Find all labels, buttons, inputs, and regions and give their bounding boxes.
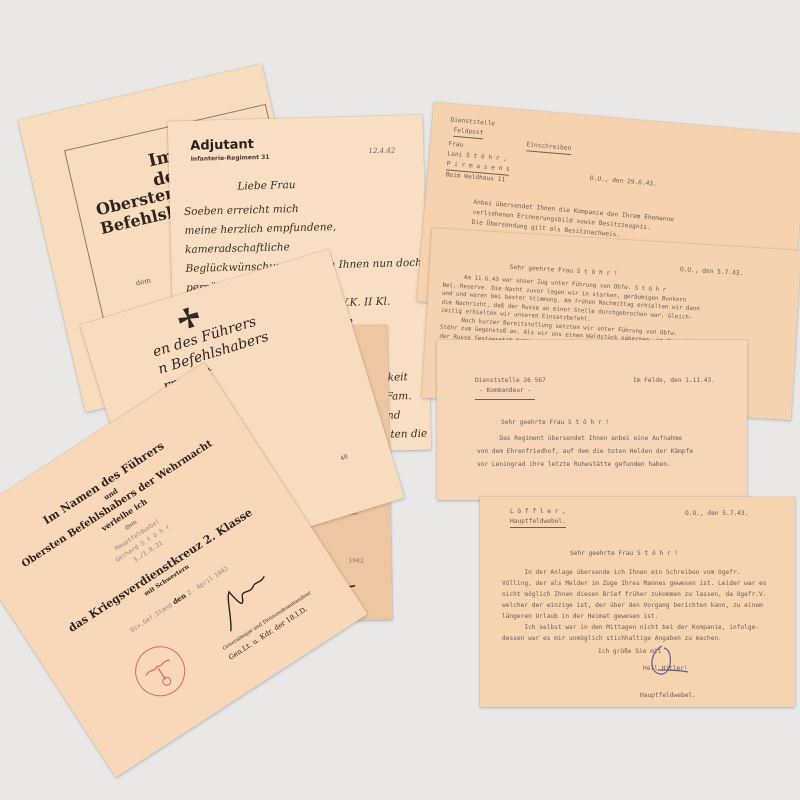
place-date: O.U., den 5.7.43. [680,265,744,279]
text-line: In der Anlage übersende ich Ihnen ein Sc… [502,567,767,578]
text-line: längeren Urlaub in der Heimat gewesen is… [502,611,767,622]
text-line: dessen war es mir unmöglich stichhaltige… [502,633,767,644]
signature [640,642,700,682]
sender-line1: L ö f f l e r , [510,507,566,517]
signature-title: Hauptfeldwebel. [640,691,696,701]
place-date: O.U., den 5.7.43. [685,509,748,519]
text-line: nicht möglich Ihnen diesen Brief früher … [502,589,767,600]
sender-line2: Hauptfeldwebel. [510,517,566,528]
text-line: Völling, der als Melder im Zuge Ihres Ma… [502,578,767,589]
letter-body: In der Anlage übersende ich Ihnen ein Sc… [502,567,767,644]
official-stamp [126,637,195,706]
date-label: den [171,591,188,606]
letterhead-subtitle: Infanterie-Regiment 31 [191,154,270,163]
eagle-stamp-icon [127,638,193,704]
salutation: Sehr geehrte Frau S t ö h r ! [570,549,678,559]
letter-salutation: Liebe Frau [237,176,296,197]
typed-letter-sergeant: L ö f f l e r , Hauptfeldwebel. O.U., de… [480,497,795,707]
letterhead-title: Adjutant [190,137,254,154]
place-date: O.U., den 29.6.43. [589,174,657,190]
text-line: Ich selbst war in den Mittagen nicht bei… [502,622,767,633]
text-line: meine herzlich empfundene, kameradschaft… [184,216,425,260]
date: 2. April [186,575,215,597]
iron-cross-icon [175,304,202,331]
subject-line: Einschreiben [526,140,571,155]
letter-date: 12.4.42 [368,141,395,161]
year: 1942 [213,565,229,579]
sender-line1: Dienststelle 26 567 [475,376,546,386]
text-line: welcher der einzige ist, der über den Vo… [502,600,767,611]
year: 1942 [348,557,363,564]
place: Div.Gef.Stand [129,602,173,634]
text-line: vor Leningrad ihre letzte Ruhestätte gef… [477,458,693,471]
salutation: Sehr geehrte Frau S t ö h r ! [501,418,609,428]
text-line: von dem Ehrenfriedhof, auf dem die toten… [477,445,693,458]
sender-line2: Feldpost [453,126,484,140]
sender-line2: - Kommandeur - [475,386,535,400]
typed-number: 40 [339,453,349,465]
place-date: Im Felde, den 1.11.43. [633,376,715,386]
text-line: Das Regiment übersendet Ihnen anbei eine… [477,432,693,445]
typed-letter-commander: Dienststelle 26 567 - Kommandeur - Im Fe… [437,340,747,500]
letter-body: Das Regiment übersendet Ihnen anbei eine… [477,432,693,471]
